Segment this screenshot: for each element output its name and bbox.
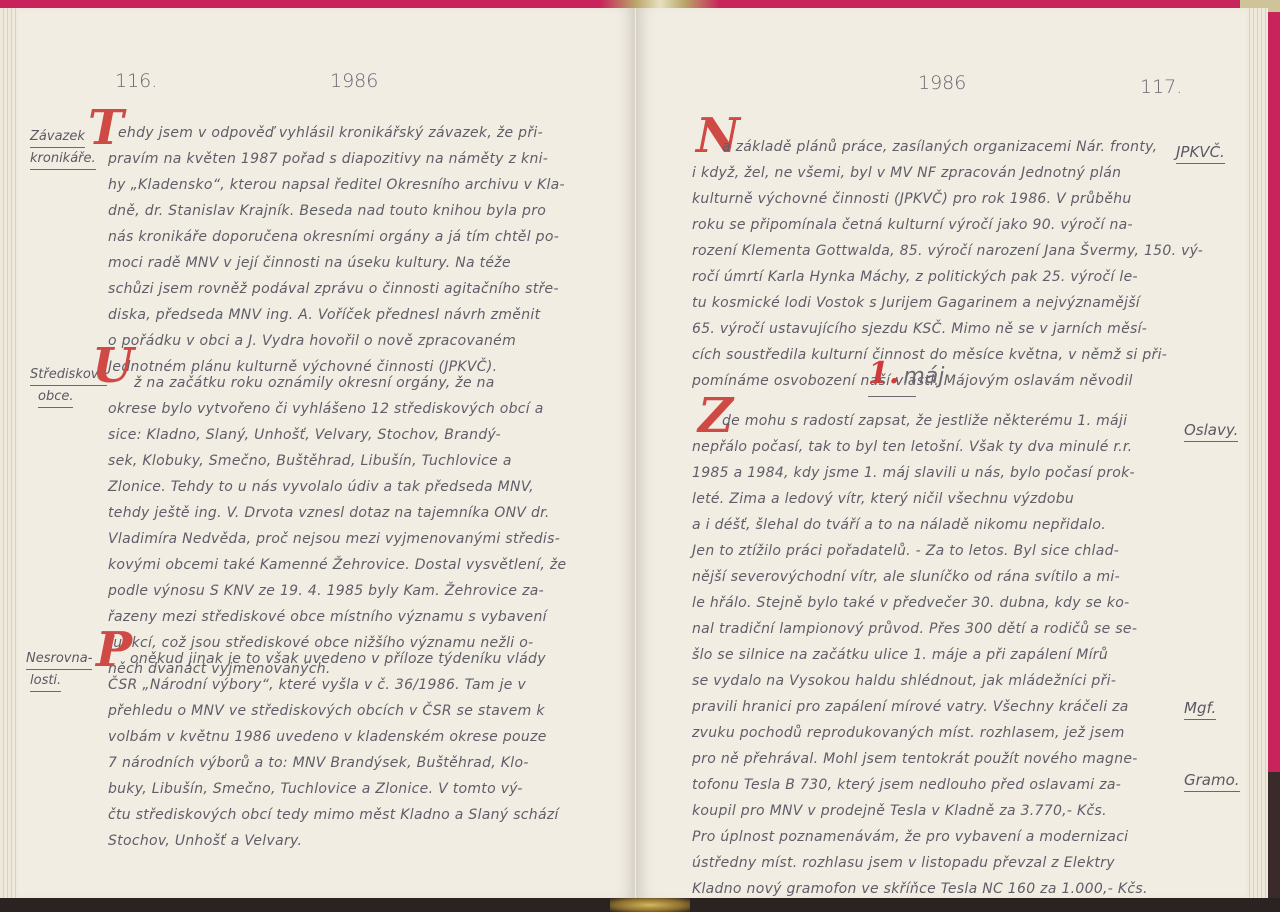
text-line: cích soustředila kulturní činnost do měs… xyxy=(692,342,1203,368)
text-line: nější severovýchodní vítr, ale sluníčko … xyxy=(692,564,1148,590)
text-line: a základě plánů práce, zasílaných organi… xyxy=(722,134,1203,160)
text-line: buky, Libušín, Smečno, Tuchlovice a Zlon… xyxy=(108,776,559,802)
bookmark-ribbon xyxy=(610,898,690,912)
heading-number: 1. xyxy=(868,356,899,391)
text-line: šlo se silnice na začátku ulice 1. máje … xyxy=(692,642,1148,668)
text-line: řazeny mezi střediskové obce místního vý… xyxy=(108,604,566,630)
text-line: moci radě MNV v její činnosti na úseku k… xyxy=(108,250,565,276)
margin-note-nesrovnalosti: Nesrovna- losti. xyxy=(26,648,92,692)
margin-note-line: Závazek xyxy=(30,126,85,148)
text-line: ehdy jsem v odpověď vyhlásil kronikářský… xyxy=(118,120,565,146)
heading-underline xyxy=(868,396,916,397)
margin-note-line: Oslavy. xyxy=(1184,420,1238,442)
text-line: Vladimíra Nedvěda, proč nejsou mezi vyjm… xyxy=(108,526,566,552)
page-year: 1986 xyxy=(918,72,966,94)
text-line: Zlonice. Tehdy to u nás vyvolalo údiv a … xyxy=(108,474,566,500)
margin-note-gramo: Gramo. xyxy=(1184,770,1240,792)
entry-nesrovnalosti: oněkud jinak je to však uvedeno v příloz… xyxy=(108,646,559,854)
text-line: přehledu o MNV ve střediskových obcích v… xyxy=(108,698,559,724)
margin-note-line: kronikáře. xyxy=(30,148,96,170)
text-line: leté. Zima a ledový vítr, který ničil vš… xyxy=(692,486,1148,512)
text-line: ročí úmrtí Karla Hynka Máchy, z politick… xyxy=(692,264,1203,290)
text-line: le hřálo. Stejně bylo také v předvečer 3… xyxy=(692,590,1148,616)
margin-note-oslavy: Oslavy. xyxy=(1184,420,1238,442)
entry-1-maj: de mohu s radostí zapsat, že jestliže ně… xyxy=(692,408,1148,902)
text-line: okrese bylo vytvořeno či vyhlášeno 12 st… xyxy=(108,396,566,422)
text-line: 1985 a 1984, kdy jsme 1. máj slavili u n… xyxy=(692,460,1148,486)
text-line: pravili hranici pro zapálení mírové vatr… xyxy=(692,694,1148,720)
text-line: volbám v květnu 1986 uvedeno v kladenské… xyxy=(108,724,559,750)
book-cover-right-edge xyxy=(1268,12,1280,898)
margin-note-line: obce. xyxy=(38,386,73,408)
text-line: pravím na květen 1987 pořad s diapozitiv… xyxy=(108,146,565,172)
text-line: 7 národních výborů a to: MNV Brandýsek, … xyxy=(108,750,559,776)
page-edges xyxy=(0,8,18,898)
text-line: Jen to ztížilo práci pořadatelů. - Za to… xyxy=(692,538,1148,564)
right-page: 1986 117. N JPKVČ. a základě plánů práce… xyxy=(636,8,1268,898)
section-heading-1-maj: 1.máj xyxy=(868,356,944,391)
heading-word: máj xyxy=(903,364,944,389)
text-line: ČSR „Národní výbory“, které vyšla v č. 3… xyxy=(108,672,559,698)
text-line: ústředny míst. rozhlasu jsem v listopadu… xyxy=(692,850,1148,876)
text-line: podle výnosu S KNV ze 19. 4. 1985 byly K… xyxy=(108,578,566,604)
entry-strediskove-obce: ž na začátku roku oznámily okresní orgán… xyxy=(108,370,566,682)
text-line: oněkud jinak je to však uvedeno v příloz… xyxy=(130,646,559,672)
text-line: tu kosmické lodi Vostok s Jurijem Gagari… xyxy=(692,290,1203,316)
margin-note-line: Mgf. xyxy=(1184,698,1216,720)
cover-shadow xyxy=(1268,772,1280,898)
text-line: i když, žel, ne všemi, byl v MV NF zprac… xyxy=(692,160,1203,186)
text-line: o pořádku v obci a J. Vydra hovořil o no… xyxy=(108,328,565,354)
page-number: 117. xyxy=(1140,76,1182,98)
left-page: 116. 1986 Závazek kronikáře. T ehdy jsem… xyxy=(0,8,636,898)
text-line: kulturně výchovné činnosti (JPKVČ) pro r… xyxy=(692,186,1203,212)
margin-note-line: losti. xyxy=(30,670,61,692)
text-line: nepřálo počasí, tak to byl ten letošní. … xyxy=(692,434,1148,460)
margin-note-mgf: Mgf. xyxy=(1184,698,1216,720)
text-line: tehdy ještě ing. V. Drvota vznesl dotaz … xyxy=(108,500,566,526)
margin-note-zavazek: Závazek kronikáře. xyxy=(30,126,96,170)
text-line: čtu střediskových obcí tedy mimo měst Kl… xyxy=(108,802,559,828)
margin-note-line: Gramo. xyxy=(1184,770,1240,792)
text-line: schůzi jsem rovněž podával zprávu o činn… xyxy=(108,276,565,302)
text-line: de mohu s radostí zapsat, že jestliže ně… xyxy=(722,408,1148,434)
page-edges xyxy=(1246,8,1268,898)
page-year: 1986 xyxy=(330,70,378,92)
text-line: Stochov, Unhošť a Velvary. xyxy=(108,828,559,854)
text-line: koupil pro MNV v prodejně Tesla v Kladně… xyxy=(692,798,1148,824)
text-line: sice: Kladno, Slaný, Unhošť, Velvary, St… xyxy=(108,422,566,448)
text-line: Pro úplnost poznamenávám, že pro vybaven… xyxy=(692,824,1148,850)
text-line: a i déšť, šlehal do tváří a to na náladě… xyxy=(692,512,1148,538)
text-line: 65. výročí ustavujícího sjezdu KSČ. Mimo… xyxy=(692,316,1203,342)
text-line: tofonu Tesla B 730, který jsem nedlouho … xyxy=(692,772,1148,798)
text-line: nás kronikáře doporučena okresními orgán… xyxy=(108,224,565,250)
text-line: dně, dr. Stanislav Krajník. Beseda nad t… xyxy=(108,198,565,224)
text-line: hy „Kladensko“, kterou napsal ředitel Ok… xyxy=(108,172,565,198)
entry-jpkvc: a základě plánů práce, zasílaných organi… xyxy=(692,134,1203,394)
text-line: diska, předseda MNV ing. A. Voříček před… xyxy=(108,302,565,328)
text-line: rození Klementa Gottwalda, 85. výročí na… xyxy=(692,238,1203,264)
entry-zavazek: ehdy jsem v odpověď vyhlásil kronikářský… xyxy=(108,120,565,380)
text-line: sek, Klobuky, Smečno, Buštěhrad, Libušín… xyxy=(108,448,566,474)
text-line: pomínáme osvobození naší vlasti. Májovým… xyxy=(692,368,1203,394)
text-line: Kladno nový gramofon ve skříňce Tesla NC… xyxy=(692,876,1148,902)
text-line: roku se připomínala četná kulturní výroč… xyxy=(692,212,1203,238)
margin-note-line: Nesrovna- xyxy=(26,648,92,670)
text-line: ž na začátku roku oznámily okresní orgán… xyxy=(134,370,566,396)
text-line: se vydalo na Vysokou haldu shlédnout, ja… xyxy=(692,668,1148,694)
text-line: zvuku pochodů reprodukovaných míst. rozh… xyxy=(692,720,1148,746)
text-line: kovými obcemi také Kamenné Žehrovice. Do… xyxy=(108,552,566,578)
text-line: nal tradiční lampionový průvod. Přes 300… xyxy=(692,616,1148,642)
text-line: pro ně přehrával. Mohl jsem tentokrát po… xyxy=(692,746,1148,772)
page-number: 116. xyxy=(115,70,157,92)
